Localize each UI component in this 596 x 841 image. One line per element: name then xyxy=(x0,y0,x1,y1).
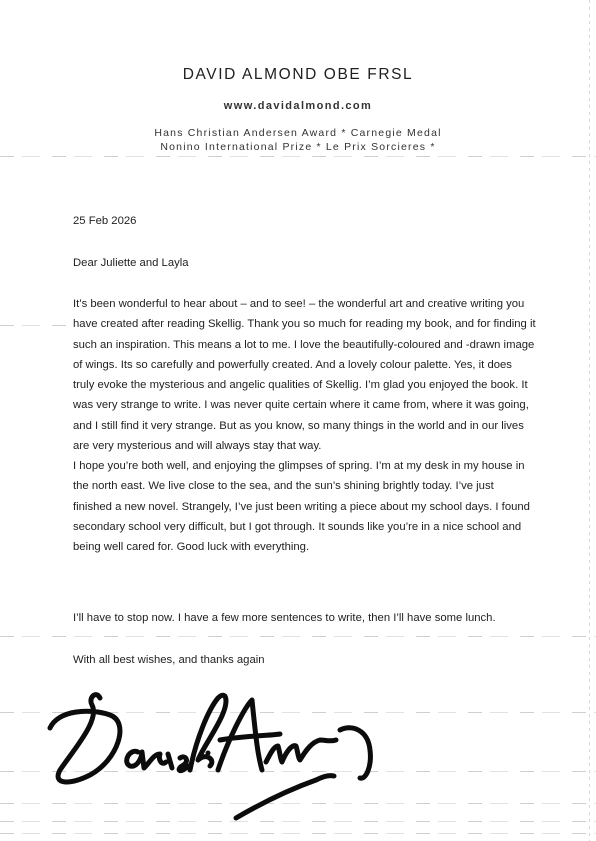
letter-date: 25 Feb 2026 xyxy=(73,211,553,231)
paragraph-2: I hope you’re both well, and enjoying th… xyxy=(73,456,553,557)
letterhead-name: DAVID ALMOND OBE FRSL xyxy=(0,66,596,84)
scan-line xyxy=(0,325,76,326)
text-line: truly evoke the mysterious and angelic q… xyxy=(73,375,553,395)
salutation: Dear Juliette and Layla xyxy=(73,253,553,273)
scan-line xyxy=(0,636,596,637)
text-line: was very strange to write. I was never q… xyxy=(73,395,553,415)
scan-line xyxy=(0,156,596,157)
letterhead-website: www.davidalmond.com xyxy=(0,100,596,112)
text-line: secondary school very difficult, but I g… xyxy=(73,517,553,537)
letter-page: DAVID ALMOND OBE FRSL www.davidalmond.co… xyxy=(0,0,596,841)
text-line: have created after reading Skellig. Than… xyxy=(73,314,553,334)
text-line: It’s been wonderful to hear about – and … xyxy=(73,294,553,314)
text-line: are very mysterious and will always stay… xyxy=(73,436,553,456)
signature-icon xyxy=(30,670,450,830)
text-line: finished a new novel. Strangely, I’ve ju… xyxy=(73,497,553,517)
text-line: and I still find it very strange. But as… xyxy=(73,416,553,436)
scan-line xyxy=(0,833,596,834)
text-line: such an inspiration. This means a lot to… xyxy=(73,335,553,355)
text-line: of wings. Its so carefully and powerfull… xyxy=(73,355,553,375)
text-line: the north east. We live close to the sea… xyxy=(73,476,553,496)
paragraph-3: I’ll have to stop now. I have a few more… xyxy=(73,608,553,628)
text-line: being well cared for. Good luck with eve… xyxy=(73,537,553,557)
letterhead-awards-line2: Nonino International Prize * Le Prix Sor… xyxy=(0,141,596,153)
text-line: I hope you’re both well, and enjoying th… xyxy=(73,456,553,476)
letterhead-awards-line1: Hans Christian Andersen Award * Carnegie… xyxy=(0,127,596,139)
closing: With all best wishes, and thanks again xyxy=(73,650,553,670)
paragraph-1: It’s been wonderful to hear about – and … xyxy=(73,294,553,456)
